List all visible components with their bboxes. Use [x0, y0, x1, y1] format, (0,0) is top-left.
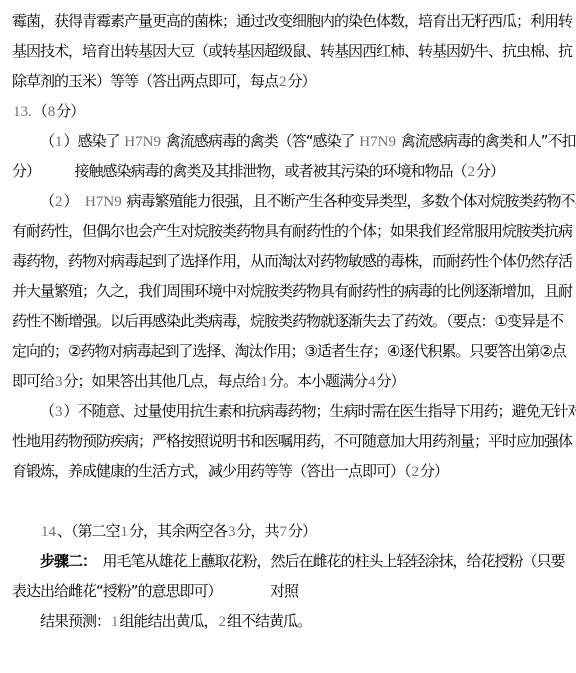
text-segment: 步骤二： — [40, 552, 89, 570]
text-line: 除草剂的玉米）等等（答出两点即可，每点2分） — [12, 66, 564, 96]
text-segment: （ — [40, 132, 54, 150]
text-segment: 2 — [411, 464, 421, 480]
text-line: 育锻炼，养成健康的生活方式，减少用药等等（答出一点即可）（2分） — [12, 456, 564, 486]
text-line: （2） H7N9 病毒繁殖能力很强，且不断产生各种变异类型，多数个体对烷胺类药物… — [12, 186, 564, 216]
text-segment: 分，其余两空各 — [129, 522, 227, 540]
text-line: 定向的；②药物对病毒起到了选择、淘汰作用；③适者生存；④逐代积累。只要答出第②点 — [12, 336, 564, 366]
text-segment: 1 — [54, 134, 64, 150]
text-segment: 1 — [120, 524, 130, 540]
text-line: 表达出给雌花“授粉”的意思即可） 对照 — [12, 576, 564, 606]
text-segment: 分） — [476, 162, 504, 180]
text-segment: 分） — [377, 372, 405, 390]
text-line: 13.（8分） — [12, 96, 564, 126]
text-segment: （ — [40, 402, 54, 420]
text-segment: 除草剂的玉米）等等（答出两点即可，每点 — [12, 72, 278, 90]
text-line: 14、（第二空1分，其余两空各3分，共7分） — [12, 516, 564, 546]
text-segment: H7N9 — [84, 194, 123, 210]
text-segment: ）感染了 — [64, 132, 124, 150]
text-segment: ） — [64, 192, 85, 210]
text-segment: 分。本小题满分 — [269, 372, 367, 390]
text-segment: （ — [33, 102, 47, 120]
text-segment: 2 — [218, 614, 228, 630]
answer-document: 霉菌，获得青霉素产量更高的菌株；通过改变细胞内的染色体数，培育出无籽西瓜；利用转… — [0, 0, 576, 673]
text-segment: 药性不断增强。以后再感染此类病毒，烷胺类药物就逐渐失去了药效。（要点：①变异是不 — [12, 312, 563, 330]
text-segment: 结果预测： — [40, 612, 110, 630]
text-segment: 分） — [288, 522, 316, 540]
text-segment: 3 — [227, 524, 237, 540]
text-segment: 组能结出黄瓜， — [120, 612, 218, 630]
text-segment: H7N9 — [123, 134, 162, 150]
text-segment: 分） — [288, 72, 316, 90]
text-segment: 即可给 — [12, 372, 54, 390]
text-segment: 禽流感病毒的禽类（答“感染了 — [162, 132, 358, 150]
text-line: （1）感染了 H7N9 禽流感病毒的禽类（答“感染了 H7N9 禽流感病毒的禽类… — [12, 126, 564, 156]
text-segment: 3 — [54, 404, 64, 420]
text-segment: 性地用药物预防疾病；严格按照说明书和医嘱用药，不可随意加大用药剂量；平时应加强体 — [12, 432, 572, 450]
text-segment: 2 — [54, 194, 64, 210]
text-segment: 组不结黄瓜。 — [227, 612, 311, 630]
text-line: 结果预测：1组能结出黄瓜，2组不结黄瓜。 — [12, 606, 564, 636]
text-line: 并大量繁殖；久之，我们周围环境中对烷胺类药物具有耐药性的病毒的比例逐渐增加，且耐 — [12, 276, 564, 306]
text-line — [12, 486, 564, 516]
text-line: 毒药物，药物对病毒起到了选择作用，从而淘汰对药物敏感的毒株，而耐药性个体仍然存活 — [12, 246, 564, 276]
text-segment: 有耐药性，但偶尔也会产生对烷胺类药物具有耐药性的个体；如果我们经常服用烷胺类抗病 — [12, 222, 572, 240]
text-segment: 分） — [420, 462, 448, 480]
text-segment: 分；如果答出其他几点，每点给 — [64, 372, 260, 390]
text-line: 步骤二： 用毛笔从雄花上蘸取花粉，然后在雌花的柱头上轻轻涂抹，给花授粉（只要 — [12, 546, 564, 576]
text-segment: 8 — [47, 104, 57, 120]
text-segment: 用毛笔从雄花上蘸取花粉，然后在雌花的柱头上轻轻涂抹，给花授粉（只要 — [89, 552, 565, 570]
text-segment: 毒药物，药物对病毒起到了选择作用，从而淘汰对药物敏感的毒株，而耐药性个体仍然存活 — [12, 252, 572, 270]
text-segment: H7N9 — [358, 134, 397, 150]
text-segment: （ — [40, 192, 54, 210]
text-line: 基因技术，培育出转基因大豆（或转基因超级鼠、转基因西红柿、转基因奶牛、抗虫棉、抗 — [12, 36, 564, 66]
text-segment: 育锻炼，养成健康的生活方式，减少用药等等（答出一点即可）（ — [12, 462, 411, 480]
text-segment: 分） 接触感染病毒的禽类及其排泄物，或者被其污染的环境和物品（ — [12, 162, 467, 180]
text-segment: 定向的；②药物对病毒起到了选择、淘汰作用；③适者生存；④逐代积累。只要答出第②点 — [12, 342, 566, 360]
text-segment: 表达出给雌花“授粉”的意思即可） 对照 — [12, 582, 298, 600]
text-segment: 2 — [467, 164, 477, 180]
text-segment: 1 — [110, 614, 120, 630]
text-segment: ）不随意、过量使用抗生素和抗病毒药物；生病时需在医生指导下用药；避免无针对 — [64, 402, 576, 420]
text-segment: 1 — [260, 374, 270, 390]
document-body: 霉菌，获得青霉素产量更高的菌株；通过改变细胞内的染色体数，培育出无籽西瓜；利用转… — [12, 6, 564, 636]
text-segment: 分） — [56, 102, 84, 120]
text-segment: 14 — [40, 524, 57, 540]
text-segment: 并大量繁殖；久之，我们周围环境中对烷胺类药物具有耐药性的病毒的比例逐渐增加，且耐 — [12, 282, 572, 300]
text-segment: 7 — [279, 524, 289, 540]
text-segment: 2 — [278, 74, 288, 90]
text-line: 即可给3分；如果答出其他几点，每点给1分。本小题满分4分） — [12, 366, 564, 396]
text-line: （3）不随意、过量使用抗生素和抗病毒药物；生病时需在医生指导下用药；避免无针对 — [12, 396, 564, 426]
text-line: 分） 接触感染病毒的禽类及其排泄物，或者被其污染的环境和物品（2分） — [12, 156, 564, 186]
text-segment: 病毒繁殖能力很强，且不断产生各种变异类型，多数个体对烷胺类药物不具 — [123, 192, 576, 210]
text-segment: 、（第二空 — [57, 522, 120, 540]
text-line: 性地用药物预防疾病；严格按照说明书和医嘱用药，不可随意加大用药剂量；平时应加强体 — [12, 426, 564, 456]
text-segment: 3 — [54, 374, 64, 390]
text-line: 药性不断增强。以后再感染此类病毒，烷胺类药物就逐渐失去了药效。（要点：①变异是不 — [12, 306, 564, 336]
text-line: 霉菌，获得青霉素产量更高的菌株；通过改变细胞内的染色体数，培育出无籽西瓜；利用转 — [12, 6, 564, 36]
text-segment: 13. — [12, 104, 33, 120]
text-segment: 霉菌，获得青霉素产量更高的菌株；通过改变细胞内的染色体数，培育出无籽西瓜；利用转 — [12, 12, 572, 30]
text-segment: 基因技术，培育出转基因大豆（或转基因超级鼠、转基因西红柿、转基因奶牛、抗虫棉、抗 — [12, 42, 572, 60]
text-line: 有耐药性，但偶尔也会产生对烷胺类药物具有耐药性的个体；如果我们经常服用烷胺类抗病 — [12, 216, 564, 246]
text-segment: 4 — [367, 374, 377, 390]
text-segment: 分，共 — [237, 522, 279, 540]
text-segment: 禽流感病毒的禽类和人”不扣 — [397, 132, 576, 150]
